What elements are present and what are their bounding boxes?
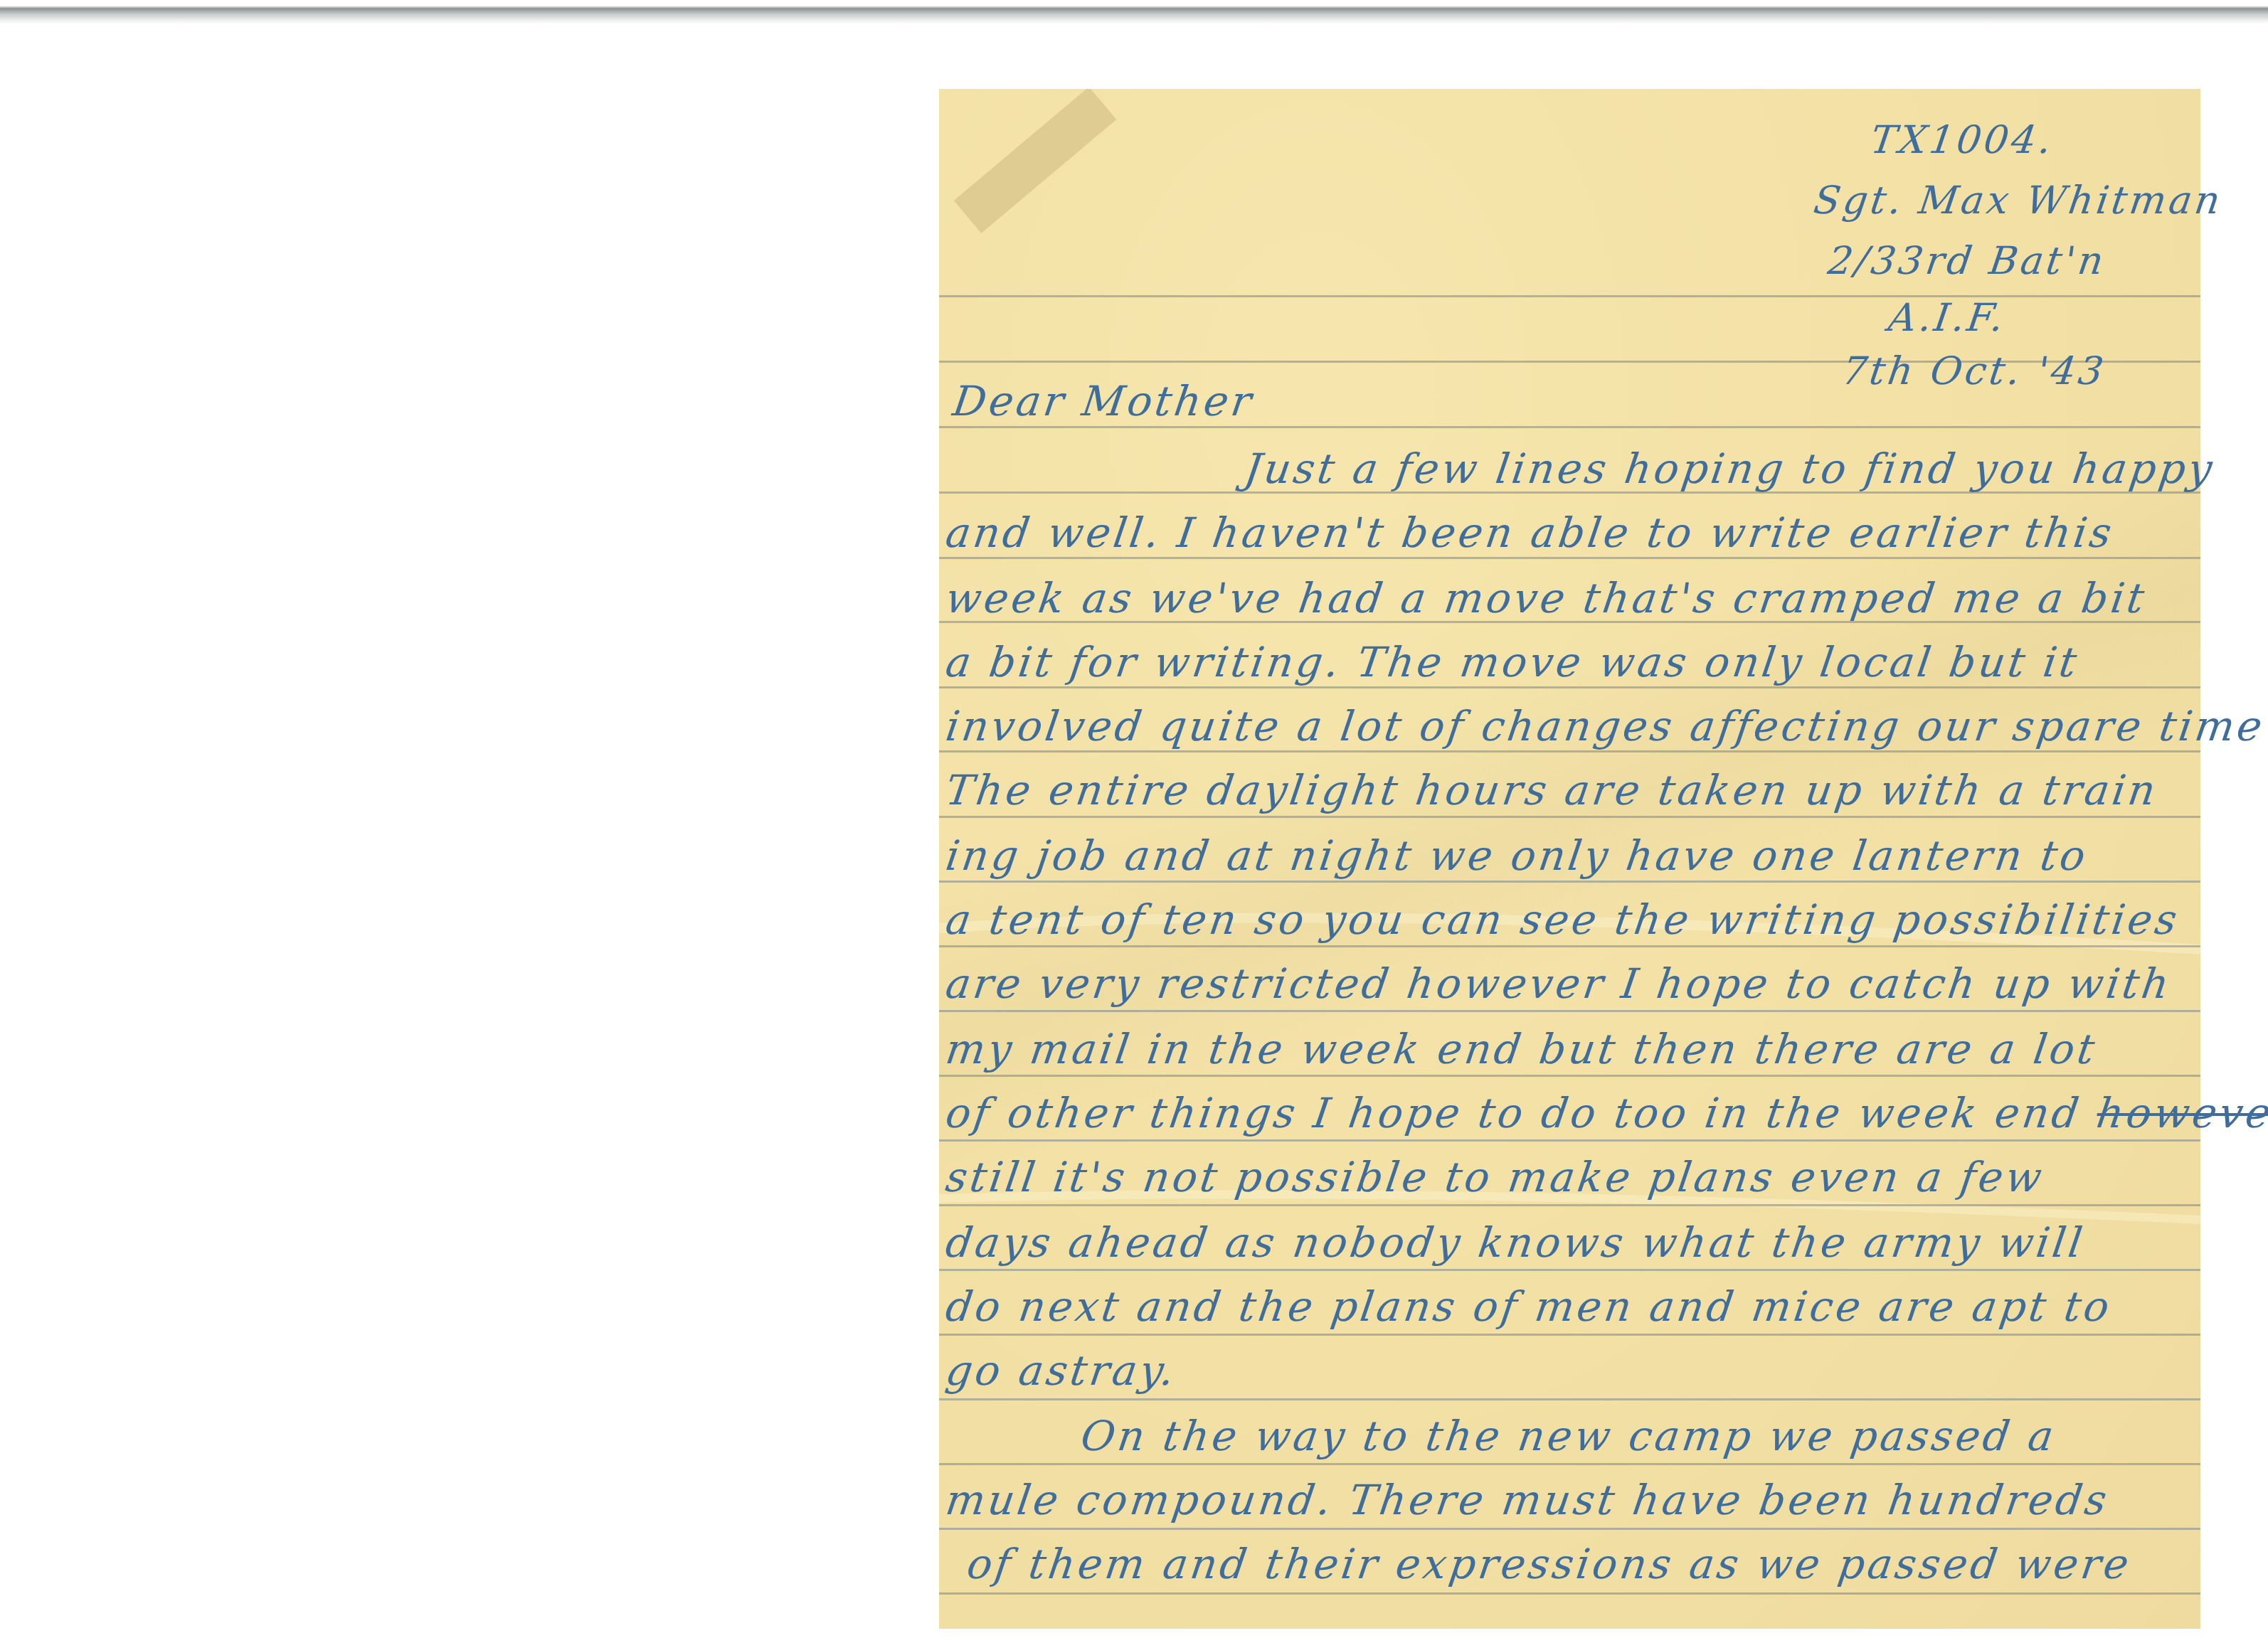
body-line: go astray. [943,1346,1180,1395]
ruled-line [939,1528,2200,1530]
body-line: week as we've had a move that's cramped … [943,574,2150,622]
body-line: are very restricted however I hope to ca… [943,959,2175,1008]
body-line: On the way to the new camp we passed a [1078,1412,2059,1460]
body-line: of them and their expressions as we pass… [964,1540,2134,1588]
ruled-line [939,1398,2200,1400]
sender-unit: 2/33rd Bat'n [1825,238,2109,283]
sender-name: Sgt. Max Whitman [1811,178,2226,223]
ruled-line [939,816,2200,818]
body-line: a tent of ten so you can see the writing… [943,895,2183,944]
ruled-line [939,686,2200,688]
sender-force: A.I.F. [1886,295,2010,340]
ruled-line [939,1592,2200,1595]
ruled-line [939,1463,2200,1465]
body-line: mule compound. There must have been hund… [943,1476,2112,1524]
ruled-line [939,1269,2200,1271]
body-line: The entire daylight hours are taken up w… [943,766,2161,814]
ruled-line [939,295,2200,297]
body-line: a bit for writing. The move was only loc… [943,638,2082,686]
letter-date: 7th Oct. '43 [1840,349,2109,393]
service-number: TX1004. [1868,117,2057,162]
body-line: still it's not possible to make plans ev… [943,1153,2047,1201]
salutation: Dear Mother [950,377,1257,425]
ruled-line [939,1204,2200,1206]
body-line: involved quite a lot of changes affectin… [943,702,2268,750]
ruled-line [939,750,2200,752]
ruled-line [939,557,2200,559]
body-line: ing job and at night we only have one la… [943,831,2091,880]
ruled-line [939,1010,2200,1012]
struck-word: however [2094,1089,2268,1137]
letter-page: TX1004. Sgt. Max Whitman 2/33rd Bat'n A.… [939,89,2200,1629]
body-line: do next and the plans of men and mice ar… [943,1282,2115,1331]
ruled-line [939,426,2200,428]
body-line-text: of other things I hope to do too in the … [943,1089,2084,1137]
body-line: Just a few lines hoping to find you happ… [1241,445,2217,493]
scanner-edge-shadow [0,0,2268,24]
ruled-line [939,945,2200,947]
body-line: of other things I hope to do too in the … [943,1089,2268,1137]
body-line: days ahead as nobody knows what the army… [943,1218,2088,1267]
ruled-line [939,1139,2200,1142]
ruled-line [939,1075,2200,1077]
ruled-line [939,881,2200,883]
body-line: and well. I haven't been able to write e… [943,509,2117,557]
body-line: my mail in the week end but then there a… [943,1025,2100,1073]
ruled-line [939,1334,2200,1336]
